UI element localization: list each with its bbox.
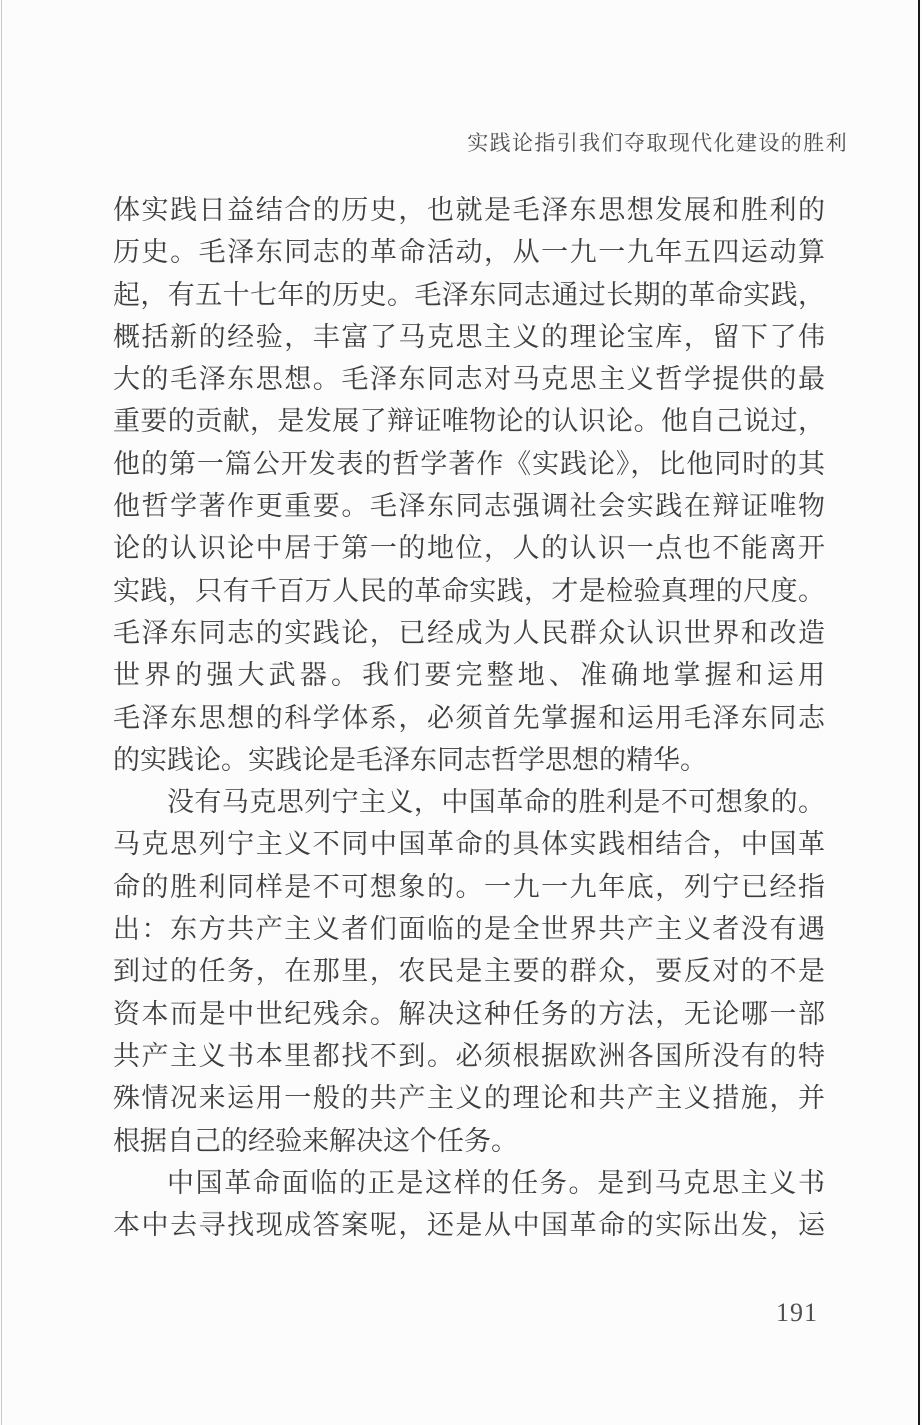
text-line: 概括新的经验，丰富了马克思主义的理论宝库，留下了伟 (113, 316, 825, 358)
scanned-book-page: 实践论指引我们夺取现代化建设的胜利 体实践日益结合的历史，也就是毛泽东思想发展和… (0, 0, 922, 1425)
text-line: 资本而是中世纪残余。解决这种任务的方法，无论哪一部 (113, 993, 825, 1035)
text-line: 重要的贡献，是发展了辩证唯物论的认识论。他自己说过， (113, 400, 825, 442)
text-line: 的实践论。实践论是毛泽东同志哲学思想的精华。 (113, 739, 825, 781)
text-line: 他的第一篇公开发表的哲学著作《实践论》，比他同时的其 (113, 443, 825, 485)
text-line: 命的胜利同样是不可想象的。一九一九年底，列宁已经指 (113, 866, 825, 908)
body-text: 体实践日益结合的历史，也就是毛泽东思想发展和胜利的历史。毛泽东同志的革命活动，从… (113, 189, 825, 1246)
scan-edge-left-line (1, 0, 2, 1425)
text-line: 体实践日益结合的历史，也就是毛泽东思想发展和胜利的 (113, 189, 825, 231)
text-line: 历史。毛泽东同志的革命活动，从一九一九年五四运动算 (113, 231, 825, 273)
text-line: 毛泽东思想的科学体系，必须首先掌握和运用毛泽东同志 (113, 697, 825, 739)
text-line: 大的毛泽东思想。毛泽东同志对马克思主义哲学提供的最 (113, 358, 825, 400)
paragraph: 中国革命面临的正是这样的任务。是到马克思主义书本中去寻找现成答案呢，还是从中国革… (113, 1162, 825, 1247)
text-line: 毛泽东同志的实践论，已经成为人民群众认识世界和改造 (113, 612, 825, 654)
text-line: 中国革命面临的正是这样的任务。是到马克思主义书 (113, 1162, 825, 1204)
text-line: 没有马克思列宁主义，中国革命的胜利是不可想象的。 (113, 781, 825, 823)
text-line: 起，有五十七年的历史。毛泽东同志通过长期的革命实践， (113, 274, 825, 316)
paragraph: 没有马克思列宁主义，中国革命的胜利是不可想象的。马克思列宁主义不同中国革命的具体… (113, 781, 825, 1162)
text-line: 马克思列宁主义不同中国革命的具体实践相结合，中国革 (113, 823, 825, 865)
text-line: 他哲学著作更重要。毛泽东同志强调社会实践在辩证唯物 (113, 485, 825, 527)
text-line: 本中去寻找现成答案呢，还是从中国革命的实际出发，运 (113, 1204, 825, 1246)
scan-edge-right-line (918, 0, 920, 1425)
text-line: 实践，只有千百万人民的革命实践，才是检验真理的尺度。 (113, 570, 825, 612)
running-header-title: 实践论指引我们夺取现代化建设的胜利 (467, 127, 848, 157)
text-line: 共产主义书本里都找不到。必须根据欧洲各国所没有的特 (113, 1035, 825, 1077)
paragraph: 体实践日益结合的历史，也就是毛泽东思想发展和胜利的历史。毛泽东同志的革命活动，从… (113, 189, 825, 781)
text-line: 殊情况来运用一般的共产主义的理论和共产主义措施，并 (113, 1077, 825, 1119)
text-line: 到过的任务，在那里，农民是主要的群众，要反对的不是 (113, 950, 825, 992)
text-line: 世界的强大武器。我们要完整地、准确地掌握和运用 (113, 654, 825, 696)
page-number: 191 (776, 1298, 818, 1328)
text-line: 根据自己的经验来解决这个任务。 (113, 1120, 825, 1162)
text-line: 出：东方共产主义者们面临的是全世界共产主义者没有遇 (113, 908, 825, 950)
text-line: 论的认识论中居于第一的地位，人的认识一点也不能离开 (113, 527, 825, 569)
